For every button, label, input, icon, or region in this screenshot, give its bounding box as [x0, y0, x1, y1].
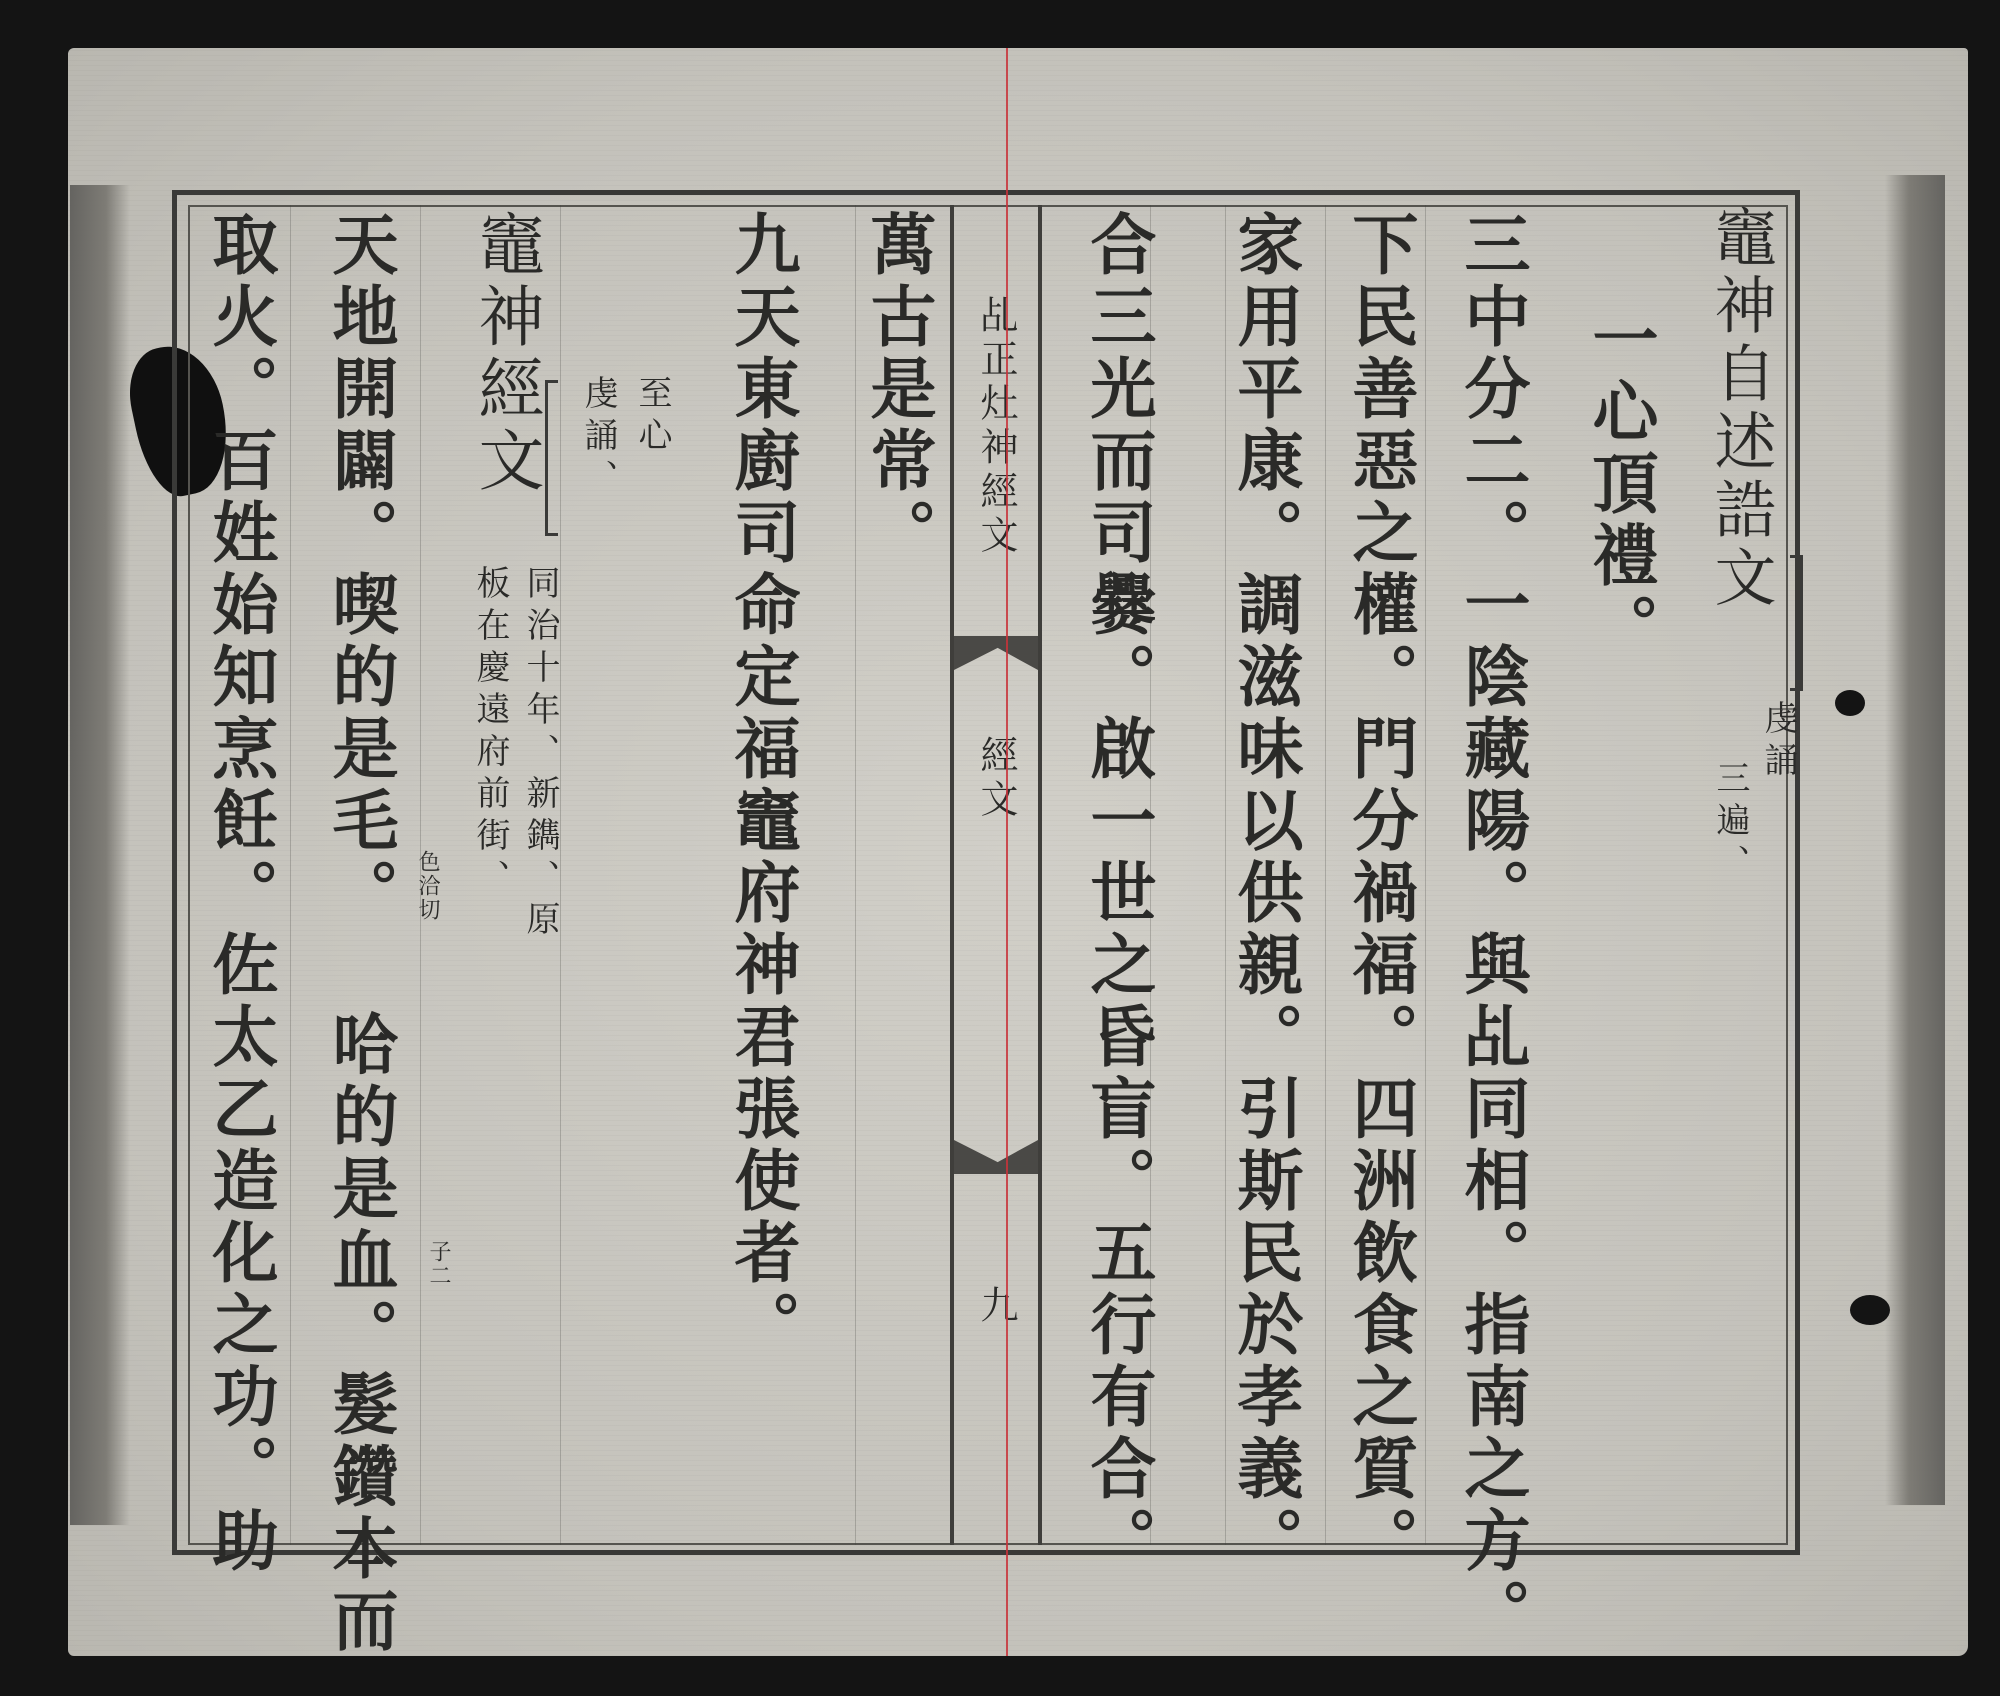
- title-note-right: 虔誦: [1758, 700, 1798, 784]
- margin-note: 子二: [425, 1240, 451, 1288]
- paper-tear: [1835, 690, 1865, 716]
- pronunciation-note: 色洽切: [414, 850, 440, 922]
- column-rule: [560, 205, 561, 1545]
- ink-smudge-right: [1885, 175, 1945, 1505]
- text-column-8a: 天地開闢。喫的是毛。: [320, 210, 400, 930]
- heading-note-left: 虔誦、: [578, 375, 618, 501]
- text-column-6: 萬古是常。: [858, 210, 938, 570]
- column-rule: [855, 205, 856, 1545]
- text-column-7: 九天東廚司命定福竈府神君張使者。: [722, 210, 802, 1362]
- colophon-right: 同治十年、新鐫、原: [520, 565, 560, 943]
- title-column: 竈神自述誥文: [1700, 205, 1780, 613]
- title-note-left: 三遍、: [1710, 760, 1750, 886]
- text-column-4: 家用平康。調滋味以供親。引斯民於孝義。: [1225, 210, 1305, 1578]
- column-rule: [290, 205, 291, 1545]
- heading-note-right: 至心: [632, 375, 672, 459]
- fold-line: [1006, 48, 1008, 1656]
- column-rule: [1425, 205, 1426, 1545]
- text-column-5: 合三光而司爨。啟一世之昏盲。五行有合。: [1078, 210, 1158, 1578]
- fold-title: 乩正灶神經文: [974, 295, 1018, 559]
- text-column-2: 三中分二。一陰藏陽。與乩同相。指南之方。: [1452, 210, 1532, 1650]
- column-rule: [1325, 205, 1326, 1545]
- text-column-1: 一心頂禮。: [1580, 305, 1660, 665]
- ink-smudge-left: [70, 185, 130, 1525]
- title-bracket: [1790, 555, 1803, 691]
- text-column-9: 取火。百姓始知烹飪。佐太乙造化之功。助: [200, 210, 280, 1578]
- fold-section: 經文: [974, 735, 1018, 823]
- colophon-left: 板在慶遠府前街、: [470, 565, 510, 901]
- heading-bracket: [545, 380, 558, 536]
- text-column-8b: 哈的是血。髮鑽本而: [320, 1010, 400, 1658]
- paper-tear: [1850, 1295, 1890, 1325]
- heading-column: 竈神經文: [465, 210, 545, 498]
- page-number: 九: [974, 1285, 1018, 1329]
- text-column-3: 下民善惡之權。門分禍福。四洲飲食之質。: [1340, 210, 1420, 1578]
